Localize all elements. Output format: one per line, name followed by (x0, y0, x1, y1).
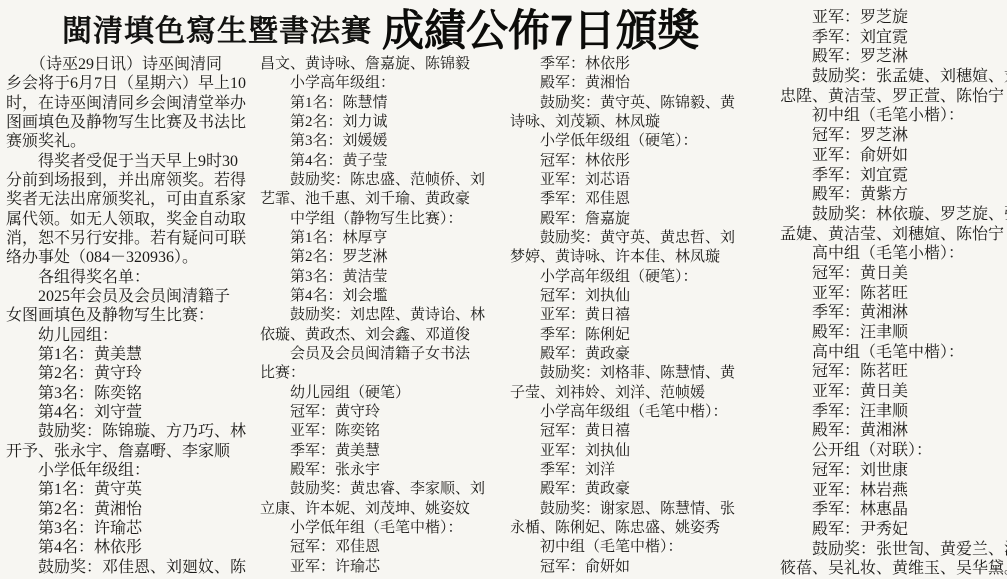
text-line: 殿军：黄政豪 (510, 480, 716, 499)
text-line: 幼儿园组（硬笔） (260, 384, 466, 403)
text-line: 高中组（毛笔中楷）： (780, 343, 1006, 363)
text-line: 女图画填色及静物写生比赛： (6, 306, 256, 325)
text-line: （诗巫29日讯）诗巫闽清同 (6, 55, 256, 74)
text-line: 第3名：刘媛媛 (260, 132, 466, 151)
text-line: 初中组（毛笔中楷）： (510, 538, 716, 557)
text-line: 亚军：黄日禧 (510, 306, 716, 325)
text-line: 季军：刘洋 (510, 461, 716, 480)
text-line: 亚军：许瑜芯 (260, 558, 466, 577)
text-line: 赛颁奖礼。 (6, 132, 256, 151)
text-line: 分前到场报到，并出席领奖。若得 (6, 171, 256, 190)
text-line: 殿军：尹秀妃 (780, 520, 1006, 540)
text-line: 第4名：黄子莹 (260, 152, 466, 171)
text-line: 季军：黄湘淋 (780, 303, 1006, 323)
text-line: 小学低年级组（硬笔）： (510, 132, 716, 151)
text-line: 冠军：刘执仙 (510, 287, 716, 306)
text-line: 立康、许本妮、刘茂坤、姚姿妏 (260, 500, 466, 519)
text-line: 小学低年组（毛笔中楷）： (260, 519, 466, 538)
text-line: 殿军：黄湘淋 (780, 421, 1006, 441)
text-line: 第3名：黄洁莹 (260, 268, 466, 287)
text-line: 鼓励奖：邓佳恩、刘廻妏、陈 (6, 558, 256, 577)
text-line: 鼓励奖：刘忠陞、黄诗诒、林 (260, 306, 466, 325)
text-line: 时，在诗巫闽清同乡会闽清堂举办 (6, 94, 256, 113)
text-line: 幼儿园组： (6, 326, 256, 345)
text-line: 冠军：罗芝淋 (780, 126, 1006, 146)
text-line: 孟婕、黄洁莹、刘穗媗、陈怡宁 (780, 225, 1006, 245)
text-line: 公开组（对联）： (780, 441, 1006, 461)
text-line: 图画填色及静物写生比赛及书法比 (6, 113, 256, 132)
text-line: 鼓励奖：刘格菲、陈慧情、黄 (510, 364, 716, 383)
text-line: 殿军：罗芝淋 (780, 47, 1006, 67)
text-line: 冠军：黄守玲 (260, 403, 466, 422)
text-line: 冠军：邓佳恩 (260, 538, 466, 557)
body-column-4: 亚军：罗芝旋 季军：刘宜霓 殿军：罗芝淋 鼓励奖：张孟婕、刘穗媗、刘忠陞、黄洁莹… (780, 8, 1006, 579)
text-line: 乡会将于6月7日（星期六）早上10 (6, 74, 256, 93)
headline-kicker: 閩清填色寫生暨書法賽 (62, 6, 372, 50)
text-line: 第4名：刘会壏 (260, 287, 466, 306)
text-line: 鼓励奖：张世訇、黄爱兰、汪 (780, 540, 1006, 560)
text-line: 忠陞、黄洁莹、罗正萱、陈怡宁 (780, 87, 1006, 107)
text-line: 冠军：黄日禧 (510, 422, 716, 441)
text-line: 冠军：俞妍如 (510, 558, 716, 577)
body-column-1: （诗巫29日讯）诗巫闽清同乡会将于6月7日（星期六）早上10时，在诗巫闽清同乡会… (6, 55, 256, 577)
text-line: 冠军：林依彤 (510, 152, 716, 171)
text-line: 鼓励奖：黄守英、黄忠哲、刘 (510, 229, 716, 248)
text-line: 殿军：张永宇 (260, 461, 466, 480)
text-line: 季军：林依彤 (510, 55, 716, 74)
text-line: 第1名：黄美慧 (6, 345, 256, 364)
text-line: 亚军：刘芯语 (510, 171, 716, 190)
text-line: 昌文、黄诗咏、詹嘉旋、陈锦毅 (260, 55, 466, 74)
body-column-2: 昌文、黄诗咏、詹嘉旋、陈锦毅 小学高年级组： 第1名：陈慧情 第2名：刘力诚 第… (260, 55, 466, 577)
text-line: 会员及会员闽清籍子女书法 (260, 345, 466, 364)
text-line: 冠军：刘世康 (780, 461, 1006, 481)
text-line: 筱蓓、吴礼妆、黄维玉、吴华黛。 (780, 559, 1006, 579)
text-line: 小学低年级组： (6, 461, 256, 480)
text-line: 第3名：许瑜芯 (6, 519, 256, 538)
text-line: 殿军：黄政豪 (510, 345, 716, 364)
text-line: 殿军：黄紫方 (780, 185, 1006, 205)
text-line: 亚军：黄日美 (780, 382, 1006, 402)
text-line: 季军：汪聿顺 (780, 402, 1006, 422)
text-line: 得奖者受促于当天早上9时30 (6, 152, 256, 171)
text-line: 第1名：林厚亨 (260, 229, 466, 248)
text-line: 比赛： (260, 364, 466, 383)
text-line: 第2名：黄守玲 (6, 364, 256, 383)
text-line: 亚军：林岩燕 (780, 481, 1006, 501)
text-line: 诗咏、刘茂颖、林凤璇 (510, 113, 716, 132)
text-line: 亚军：陈茗旺 (780, 284, 1006, 304)
text-line: 消，恕不另行安排。若有疑问可联 (6, 229, 256, 248)
text-line: 季军：林惠晶 (780, 500, 1006, 520)
text-line: 亚军：陈奕铭 (260, 422, 466, 441)
text-line: 2025年会员及会员闽清籍子 (6, 287, 256, 306)
text-line: 鼓励奖：林依璇、罗芝旋、张 (780, 205, 1006, 225)
text-line: 冠军：陈茗旺 (780, 362, 1006, 382)
text-line: 属代领。如无人领取，奖金自动取 (6, 210, 256, 229)
text-line: 开予、张永宇、詹嘉嘢、李家顺 (6, 442, 256, 461)
text-line: 第2名：罗芝淋 (260, 248, 466, 267)
text-line: 络办事处（084－320936）。 (6, 248, 256, 267)
text-line: 亚军：罗芝旋 (780, 8, 1006, 28)
text-line: 初中组（毛笔小楷）： (780, 106, 1006, 126)
text-line: 鼓励奖：陈忠盛、范帧侨、刘 (260, 171, 466, 190)
text-line: 中学组（静物写生比赛）： (260, 210, 466, 229)
text-line: 第3名：陈奕铭 (6, 384, 256, 403)
text-line: 鼓励奖：黄忠睿、李家顺、刘 (260, 480, 466, 499)
text-line: 小学高年级组（毛笔中楷）： (510, 403, 716, 422)
text-line: 子莹、刘祎姈、刘洋、范帧媛 (510, 384, 716, 403)
text-line: 季军：陈俐妃 (510, 326, 716, 345)
text-line: 艺霏、池千惠、刘千瑜、黄政豪 (260, 190, 466, 209)
text-line: 各组得奖名单： (6, 268, 256, 287)
text-line: 永楯、陈俐妃、陈忠盛、姚姿秀 (510, 519, 716, 538)
text-line: 季军：黄美慧 (260, 442, 466, 461)
text-line: 第1名：黄守英 (6, 480, 256, 499)
text-line: 冠军：黄日美 (780, 264, 1006, 284)
text-line: 鼓励奖：陈锦璇、方乃巧、林 (6, 422, 256, 441)
text-line: 鼓励奖：张孟婕、刘穗媗、刘 (780, 67, 1006, 87)
text-line: 第2名：刘力诚 (260, 113, 466, 132)
headline: 閩清填色寫生暨書法賽 成績公佈7日頒獎 (62, 2, 699, 54)
text-line: 第1名：陈慧情 (260, 94, 466, 113)
headline-title: 成績公佈7日頒獎 (382, 0, 699, 59)
newspaper-page: 閩清填色寫生暨書法賽 成績公佈7日頒獎 （诗巫29日讯）诗巫闽清同乡会将于6月7… (0, 0, 1007, 579)
text-line: 第4名：刘守萱 (6, 403, 256, 422)
text-line: 季军：刘宜霓 (780, 28, 1006, 48)
text-line: 亚军：刘执仙 (510, 442, 716, 461)
text-line: 小学高年级组： (260, 74, 466, 93)
text-line: 鼓励奖：谢家恩、陈慧情、张 (510, 500, 716, 519)
text-line: 第2名：黄湘怡 (6, 500, 256, 519)
text-line: 季军：邓佳恩 (510, 190, 716, 209)
text-line: 鼓励奖：黄守英、陈锦毅、黄 (510, 94, 716, 113)
body-column-3: 季军：林依彤 殿军：黄湘怡 鼓励奖：黄守英、陈锦毅、黄诗咏、刘茂颖、林凤璇 小学… (510, 55, 716, 577)
text-line: 殿军：詹嘉旋 (510, 210, 716, 229)
text-line: 高中组（毛笔小楷）： (780, 244, 1006, 264)
text-line: 第4名：林依彤 (6, 538, 256, 557)
text-line: 小学高年级组（硬笔）： (510, 268, 716, 287)
text-line: 殿军：汪聿顺 (780, 323, 1006, 343)
text-line: 亚军：俞妍如 (780, 146, 1006, 166)
text-line: 殿军：黄湘怡 (510, 74, 716, 93)
text-line: 奖者无法出席颁奖礼，可由直系家 (6, 190, 256, 209)
text-line: 依璇、黄政杰、刘会鑫、邓道俊 (260, 326, 466, 345)
text-line: 季军：刘宜霓 (780, 166, 1006, 186)
text-line: 梦婷、黄诗咏、许本佳、林凤璇 (510, 248, 716, 267)
